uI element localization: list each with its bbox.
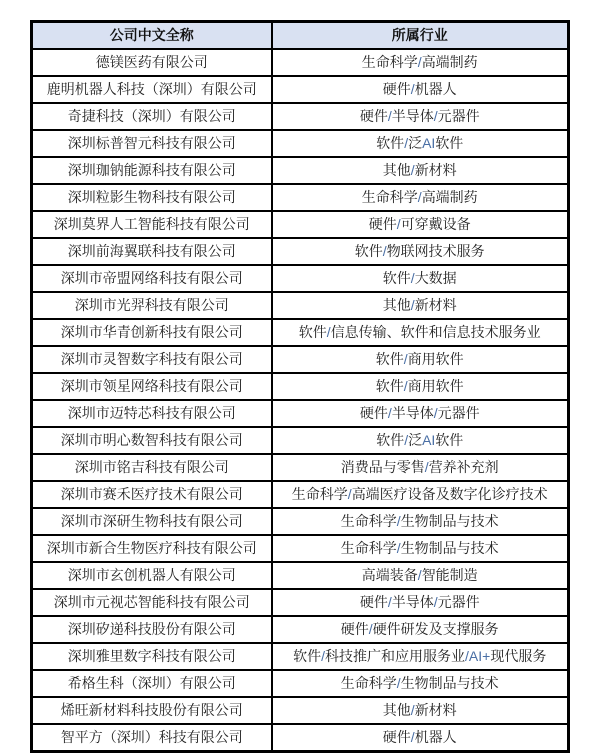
company-cell: 烯旺新材料科技股份有限公司 (32, 697, 272, 724)
industry-cell: 消费品与零售/营养补充剂 (272, 454, 569, 481)
industry-cell: 生命科学/生物制品与技术 (272, 508, 569, 535)
company-cell: 深圳前海翼联科技有限公司 (32, 238, 272, 265)
industry-cell: 硬件/硬件研发及支撑服务 (272, 616, 569, 643)
table-row: 深圳市领星网络科技有限公司 软件/商用软件 (32, 373, 569, 400)
table-row: 希格生科（深圳）有限公司 生命科学/生物制品与技术 (32, 670, 569, 697)
company-cell: 深圳市帝盟网络科技有限公司 (32, 265, 272, 292)
company-industry-table: 公司中文全称 所属行业 德镁医药有限公司 生命科学/高端制药 鹿明机器人科技（深… (30, 20, 570, 753)
industry-cell: 软件/大数据 (272, 265, 569, 292)
company-cell: 德镁医药有限公司 (32, 49, 272, 76)
company-cell: 深圳矽递科技股份有限公司 (32, 616, 272, 643)
table-row: 深圳市深研生物科技有限公司 生命科学/生物制品与技术 (32, 508, 569, 535)
industry-cell: 软件/商用软件 (272, 373, 569, 400)
company-cell: 深圳标普智元科技有限公司 (32, 130, 272, 157)
company-cell: 深圳市领星网络科技有限公司 (32, 373, 272, 400)
company-cell: 深圳市玄创机器人有限公司 (32, 562, 272, 589)
industry-cell: 生命科学/高端医疗设备及数字化诊疗技术 (272, 481, 569, 508)
table-row: 深圳前海翼联科技有限公司 软件/物联网技术服务 (32, 238, 569, 265)
table-row: 深圳市光羿科技有限公司 其他/新材料 (32, 292, 569, 319)
table-row: 深圳莫界人工智能科技有限公司 硬件/可穿戴设备 (32, 211, 569, 238)
company-cell: 深圳市迈特芯科技有限公司 (32, 400, 272, 427)
industry-cell: 硬件/半导体/元器件 (272, 400, 569, 427)
industry-cell: 软件/商用软件 (272, 346, 569, 373)
industry-cell: 其他/新材料 (272, 157, 569, 184)
company-cell: 深圳市元视芯智能科技有限公司 (32, 589, 272, 616)
industry-cell: 高端装备/智能制造 (272, 562, 569, 589)
company-cell: 鹿明机器人科技（深圳）有限公司 (32, 76, 272, 103)
industry-cell: 软件/物联网技术服务 (272, 238, 569, 265)
table-row: 深圳珈钠能源科技有限公司 其他/新材料 (32, 157, 569, 184)
table-body: 德镁医药有限公司 生命科学/高端制药 鹿明机器人科技（深圳）有限公司 硬件/机器… (32, 49, 569, 752)
company-cell: 深圳市深研生物科技有限公司 (32, 508, 272, 535)
table-row: 深圳粒影生物科技有限公司 生命科学/高端制药 (32, 184, 569, 211)
company-cell: 深圳市新合生物医疗科技有限公司 (32, 535, 272, 562)
industry-cell: 生命科学/高端制药 (272, 184, 569, 211)
industry-cell: 生命科学/高端制药 (272, 49, 569, 76)
table-row: 德镁医药有限公司 生命科学/高端制药 (32, 49, 569, 76)
company-cell: 深圳莫界人工智能科技有限公司 (32, 211, 272, 238)
table-row: 深圳市迈特芯科技有限公司 硬件/半导体/元器件 (32, 400, 569, 427)
industry-cell: 生命科学/生物制品与技术 (272, 670, 569, 697)
table-row: 深圳市新合生物医疗科技有限公司 生命科学/生物制品与技术 (32, 535, 569, 562)
industry-cell: 软件/信息传输、软件和信息技术服务业 (272, 319, 569, 346)
header-row: 公司中文全称 所属行业 (32, 22, 569, 50)
company-cell: 深圳市灵智数字科技有限公司 (32, 346, 272, 373)
table-row: 烯旺新材料科技股份有限公司 其他/新材料 (32, 697, 569, 724)
company-cell: 深圳市明心数智科技有限公司 (32, 427, 272, 454)
industry-cell: 其他/新材料 (272, 292, 569, 319)
table-row: 鹿明机器人科技（深圳）有限公司 硬件/机器人 (32, 76, 569, 103)
company-cell: 奇捷科技（深圳）有限公司 (32, 103, 272, 130)
industry-cell: 其他/新材料 (272, 697, 569, 724)
company-cell: 深圳粒影生物科技有限公司 (32, 184, 272, 211)
company-cell: 深圳市赛禾医疗技术有限公司 (32, 481, 272, 508)
industry-cell: 硬件/机器人 (272, 724, 569, 752)
company-cell: 深圳珈钠能源科技有限公司 (32, 157, 272, 184)
table-row: 深圳市帝盟网络科技有限公司 软件/大数据 (32, 265, 569, 292)
industry-cell: 生命科学/生物制品与技术 (272, 535, 569, 562)
table-row: 深圳市华青创新科技有限公司 软件/信息传输、软件和信息技术服务业 (32, 319, 569, 346)
industry-cell: 软件/科技推广和应用服务业/AI+现代服务 (272, 643, 569, 670)
company-cell: 希格生科（深圳）有限公司 (32, 670, 272, 697)
table-row: 深圳标普智元科技有限公司 软件/泛AI软件 (32, 130, 569, 157)
table-row: 深圳市元视芯智能科技有限公司 硬件/半导体/元器件 (32, 589, 569, 616)
industry-cell: 软件/泛AI软件 (272, 130, 569, 157)
company-cell: 深圳市光羿科技有限公司 (32, 292, 272, 319)
table-row: 深圳市玄创机器人有限公司 高端装备/智能制造 (32, 562, 569, 589)
column-header-industry: 所属行业 (272, 22, 569, 50)
table-row: 深圳矽递科技股份有限公司 硬件/硬件研发及支撑服务 (32, 616, 569, 643)
table-row: 深圳市铭吉科技有限公司 消费品与零售/营养补充剂 (32, 454, 569, 481)
table-row: 奇捷科技（深圳）有限公司 硬件/半导体/元器件 (32, 103, 569, 130)
column-header-company: 公司中文全称 (32, 22, 272, 50)
industry-cell: 软件/泛AI软件 (272, 427, 569, 454)
company-cell: 智平方（深圳）科技有限公司 (32, 724, 272, 752)
company-cell: 深圳雅里数字科技有限公司 (32, 643, 272, 670)
table-row: 深圳市明心数智科技有限公司 软件/泛AI软件 (32, 427, 569, 454)
industry-cell: 硬件/机器人 (272, 76, 569, 103)
table-row: 深圳雅里数字科技有限公司 软件/科技推广和应用服务业/AI+现代服务 (32, 643, 569, 670)
table-row: 智平方（深圳）科技有限公司 硬件/机器人 (32, 724, 569, 752)
industry-cell: 硬件/半导体/元器件 (272, 589, 569, 616)
table-row: 深圳市赛禾医疗技术有限公司 生命科学/高端医疗设备及数字化诊疗技术 (32, 481, 569, 508)
company-cell: 深圳市华青创新科技有限公司 (32, 319, 272, 346)
industry-cell: 硬件/半导体/元器件 (272, 103, 569, 130)
company-cell: 深圳市铭吉科技有限公司 (32, 454, 272, 481)
company-table-container: 公司中文全称 所属行业 德镁医药有限公司 生命科学/高端制药 鹿明机器人科技（深… (30, 20, 570, 753)
industry-cell: 硬件/可穿戴设备 (272, 211, 569, 238)
table-row: 深圳市灵智数字科技有限公司 软件/商用软件 (32, 346, 569, 373)
